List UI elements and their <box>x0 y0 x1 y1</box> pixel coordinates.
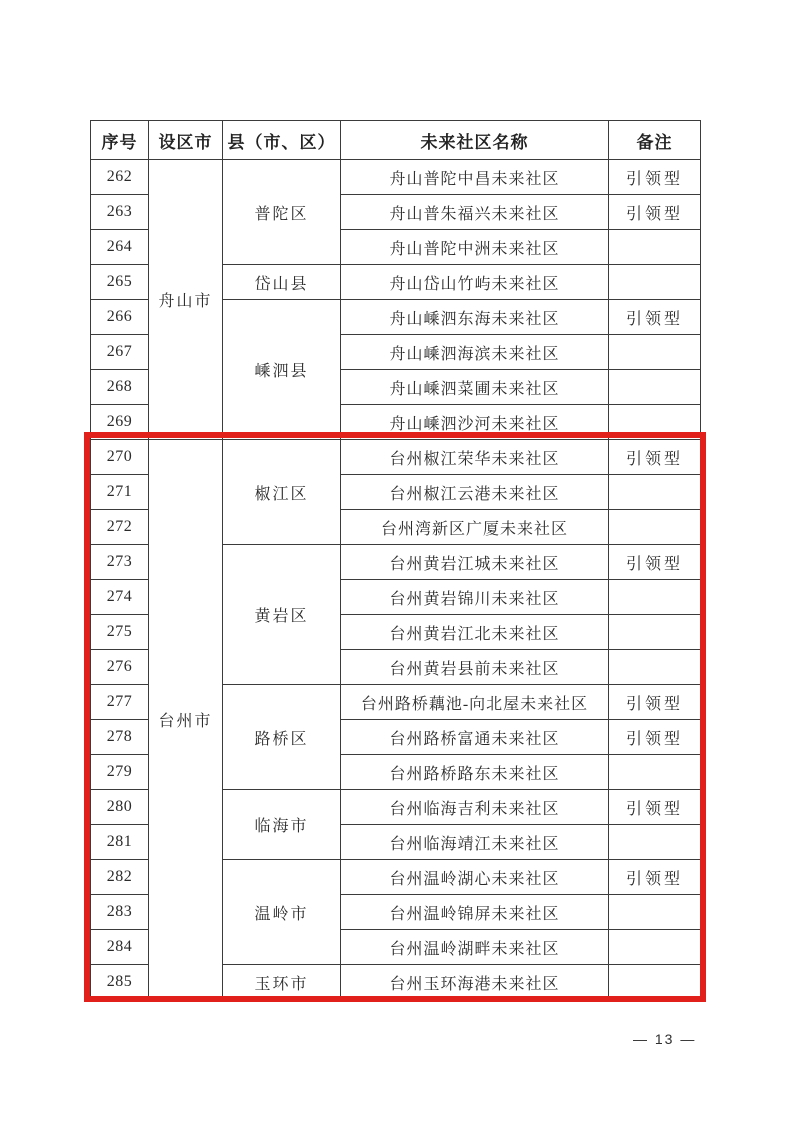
district-cell-putuo: 普陀区 <box>223 160 341 265</box>
header-community-name: 未来社区名称 <box>341 121 609 160</box>
row-number-cell: 283 <box>91 895 149 930</box>
community-name-cell: 台州路桥路东未来社区 <box>341 755 609 790</box>
row-number-cell: 275 <box>91 615 149 650</box>
remark-cell <box>609 615 701 650</box>
row-number-cell: 281 <box>91 825 149 860</box>
community-name-cell: 舟山嵊泗东海未来社区 <box>341 300 609 335</box>
row-number-cell: 273 <box>91 545 149 580</box>
row-number-cell: 274 <box>91 580 149 615</box>
remark-cell: 引领型 <box>609 545 701 580</box>
community-name-cell: 台州黄岩江城未来社区 <box>341 545 609 580</box>
remark-cell: 引领型 <box>609 195 701 230</box>
community-name-cell: 舟山嵊泗菜圃未来社区 <box>341 370 609 405</box>
remark-cell <box>609 965 701 1000</box>
city-cell-taizhou: 台州市 <box>149 440 223 1000</box>
remark-cell <box>609 580 701 615</box>
remark-cell: 引领型 <box>609 685 701 720</box>
remark-cell <box>609 265 701 300</box>
row-number-cell: 269 <box>91 405 149 440</box>
row-number-cell: 270 <box>91 440 149 475</box>
remark-cell <box>609 755 701 790</box>
remark-cell <box>609 230 701 265</box>
row-number-cell: 265 <box>91 265 149 300</box>
row-number-cell: 266 <box>91 300 149 335</box>
remark-cell: 引领型 <box>609 300 701 335</box>
district-cell-jiaojiang: 椒江区 <box>223 440 341 545</box>
community-name-cell: 舟山嵊泗沙河未来社区 <box>341 405 609 440</box>
community-name-cell: 台州路桥藕池-向北屋未来社区 <box>341 685 609 720</box>
community-name-cell: 舟山普陀中洲未来社区 <box>341 230 609 265</box>
district-cell-daishan: 岱山县 <box>223 265 341 300</box>
header-row: 序号 设区市 县（市、区） 未来社区名称 备注 <box>91 121 701 160</box>
community-name-cell: 台州临海吉利未来社区 <box>341 790 609 825</box>
page-number: — 13 — <box>633 1031 696 1047</box>
remark-cell <box>609 335 701 370</box>
row-number-cell: 268 <box>91 370 149 405</box>
community-name-cell: 舟山普陀中昌未来社区 <box>341 160 609 195</box>
city-cell-zhoushan: 舟山市 <box>149 160 223 440</box>
remark-cell <box>609 475 701 510</box>
remark-cell: 引领型 <box>609 860 701 895</box>
row-number-cell: 276 <box>91 650 149 685</box>
row-number-cell: 267 <box>91 335 149 370</box>
row-number-cell: 263 <box>91 195 149 230</box>
community-name-cell: 舟山嵊泗海滨未来社区 <box>341 335 609 370</box>
community-name-cell: 台州路桥富通未来社区 <box>341 720 609 755</box>
future-communities-table: 序号 设区市 县（市、区） 未来社区名称 备注 262 舟山市 普陀区 舟山普陀… <box>90 120 701 1000</box>
remark-cell <box>609 825 701 860</box>
community-name-cell: 台州临海靖江未来社区 <box>341 825 609 860</box>
header-city: 设区市 <box>149 121 223 160</box>
table-row: 262 舟山市 普陀区 舟山普陀中昌未来社区 引领型 <box>91 160 701 195</box>
row-number-cell: 279 <box>91 755 149 790</box>
row-number-cell: 285 <box>91 965 149 1000</box>
remark-cell <box>609 510 701 545</box>
document-page: 序号 设区市 县（市、区） 未来社区名称 备注 262 舟山市 普陀区 舟山普陀… <box>0 0 791 1122</box>
remark-cell <box>609 930 701 965</box>
row-number-cell: 280 <box>91 790 149 825</box>
row-number-cell: 272 <box>91 510 149 545</box>
row-number-cell: 262 <box>91 160 149 195</box>
community-name-cell: 台州湾新区广厦未来社区 <box>341 510 609 545</box>
table-row: 270 台州市 椒江区 台州椒江荣华未来社区 引领型 <box>91 440 701 475</box>
district-cell-yuhuan: 玉环市 <box>223 965 341 1000</box>
row-number-cell: 271 <box>91 475 149 510</box>
community-name-cell: 台州椒江云港未来社区 <box>341 475 609 510</box>
row-number-cell: 278 <box>91 720 149 755</box>
header-district: 县（市、区） <box>223 121 341 160</box>
community-name-cell: 舟山岱山竹屿未来社区 <box>341 265 609 300</box>
district-cell-linhai: 临海市 <box>223 790 341 860</box>
row-number-cell: 264 <box>91 230 149 265</box>
community-name-cell: 台州黄岩县前未来社区 <box>341 650 609 685</box>
community-name-cell: 台州黄岩江北未来社区 <box>341 615 609 650</box>
header-serial-number: 序号 <box>91 121 149 160</box>
remark-cell <box>609 895 701 930</box>
district-cell-huangyan: 黄岩区 <box>223 545 341 685</box>
row-number-cell: 284 <box>91 930 149 965</box>
remark-cell: 引领型 <box>609 160 701 195</box>
community-name-cell: 台州温岭锦屏未来社区 <box>341 895 609 930</box>
remark-cell <box>609 650 701 685</box>
remark-cell: 引领型 <box>609 790 701 825</box>
row-number-cell: 282 <box>91 860 149 895</box>
community-name-cell: 台州黄岩锦川未来社区 <box>341 580 609 615</box>
remark-cell <box>609 405 701 440</box>
remark-cell <box>609 370 701 405</box>
row-number-cell: 277 <box>91 685 149 720</box>
remark-cell: 引领型 <box>609 720 701 755</box>
community-name-cell: 台州温岭湖畔未来社区 <box>341 930 609 965</box>
district-cell-luqiao: 路桥区 <box>223 685 341 790</box>
remark-cell: 引领型 <box>609 440 701 475</box>
header-remark: 备注 <box>609 121 701 160</box>
community-name-cell: 台州温岭湖心未来社区 <box>341 860 609 895</box>
community-name-cell: 台州玉环海港未来社区 <box>341 965 609 1000</box>
district-cell-wenling: 温岭市 <box>223 860 341 965</box>
community-name-cell: 台州椒江荣华未来社区 <box>341 440 609 475</box>
community-name-cell: 舟山普朱福兴未来社区 <box>341 195 609 230</box>
district-cell-shengsi: 嵊泗县 <box>223 300 341 440</box>
